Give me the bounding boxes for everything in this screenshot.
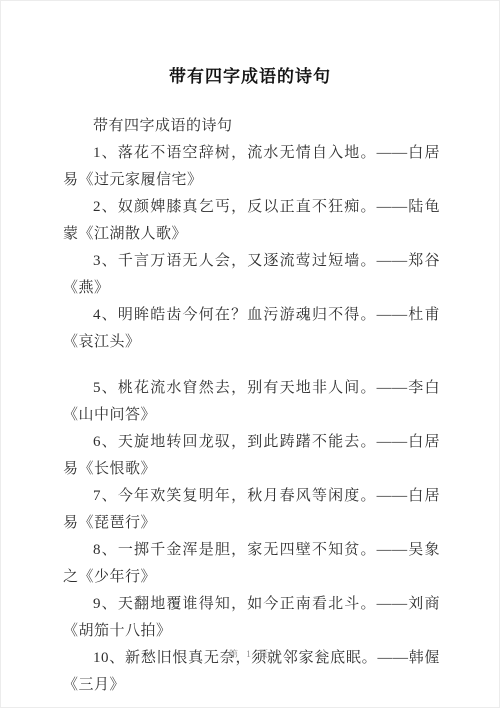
document-page: 带有四字成语的诗句 带有四字成语的诗句 1、落花不语空辞树，流水无情自入地。——… — [0, 0, 500, 708]
document-subtitle: 带有四字成语的诗句 — [63, 113, 440, 140]
poem-line-item: 4、明眸皓齿今何在？血污游魂归不得。——杜甫《哀江头》 — [63, 302, 440, 356]
document-title: 带有四字成语的诗句 — [0, 0, 500, 88]
document-body: 带有四字成语的诗句 1、落花不语空辞树，流水无情自入地。——白居易《过元家履信宅… — [63, 113, 440, 699]
poem-line-item: 2、奴颜婢膝真乞丐，反以正直不狂痴。——陆龟蒙《江湖散人歌》 — [63, 194, 440, 248]
poem-line-item: 7、今年欢笑复明年，秋月春风等闲度。——白居易《琵琶行》 — [63, 483, 440, 537]
poem-line-item: 9、天翻地覆谁得知，如今正南看北斗。——刘商《胡笳十八拍》 — [63, 591, 440, 645]
poem-line-item: 3、千言万语无人会，又逐流莺过短墙。——郑谷《燕》 — [63, 248, 440, 302]
poem-line-item: 8、一掷千金浑是胆，家无四壁不知贫。——吴象之《少年行》 — [63, 537, 440, 591]
poem-line-item: 1、落花不语空辞树，流水无情自入地。——白居易《过元家履信宅》 — [63, 140, 440, 194]
poem-line-item: 5、桃花流水窅然去，别有天地非人间。——李白《山中问答》 — [63, 375, 440, 429]
poem-line-item: 6、天旋地转回龙驭，到此踌躇不能去。——白居易《长恨歌》 — [63, 429, 440, 483]
page-number: 第 1 页 — [0, 647, 500, 660]
